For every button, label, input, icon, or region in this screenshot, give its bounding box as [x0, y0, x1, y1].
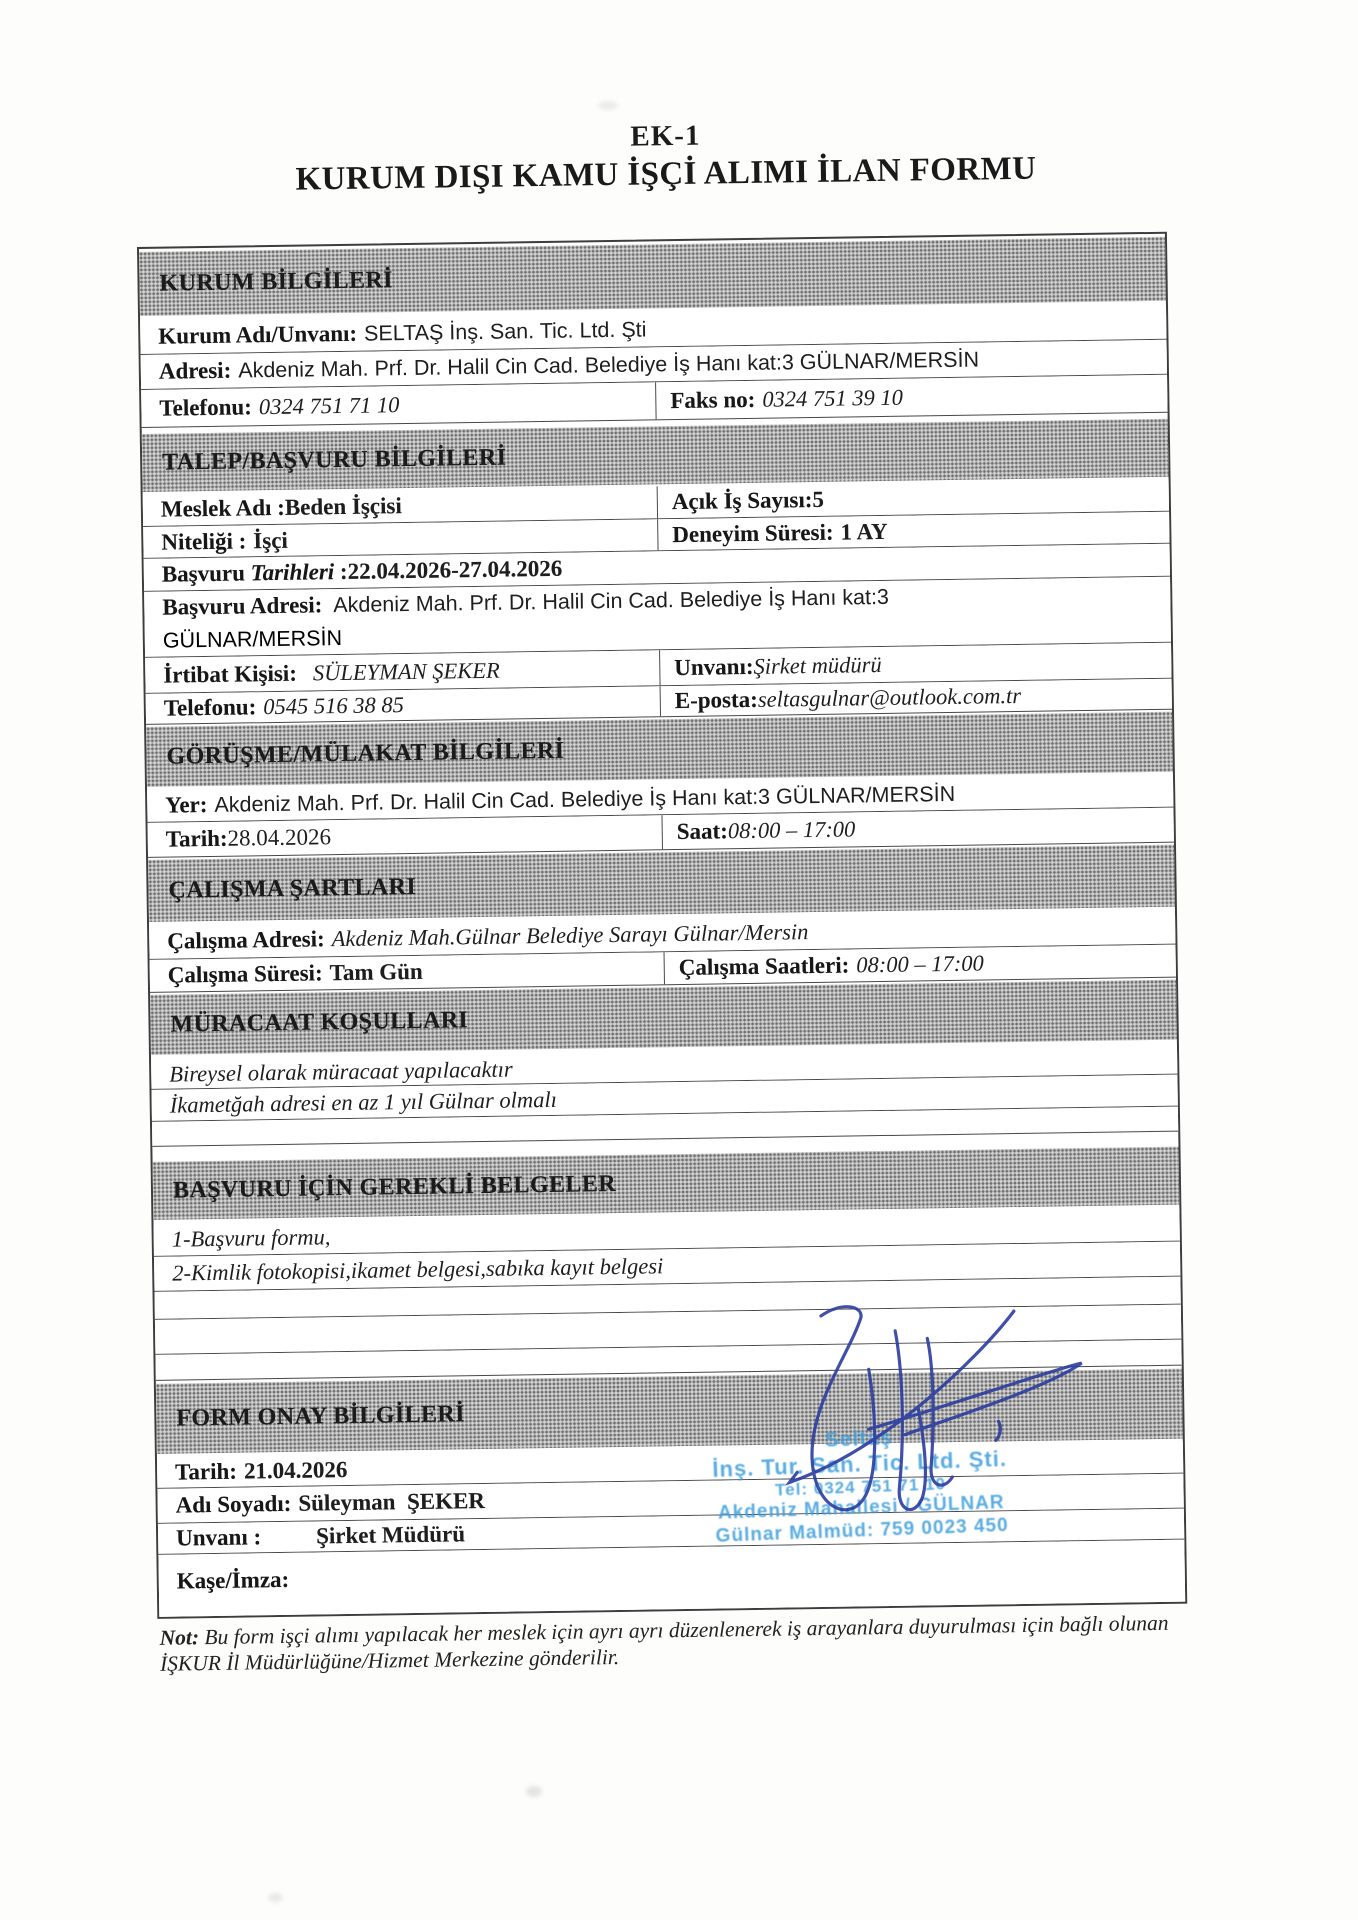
scan-artifact: [526, 1786, 542, 1797]
yer-label: Yer:: [165, 792, 208, 819]
onay-unvan-value: Şirket Müdürü: [316, 1521, 465, 1549]
meslek-value: Beden İşçisi: [285, 493, 402, 521]
kurum-adi-label: Kurum Adı/Unvanı:: [158, 321, 357, 350]
section-title: MÜRACAAT KOŞULLARI: [170, 1007, 468, 1038]
belge-item1: 1-Başvuru formu,: [172, 1224, 331, 1252]
cell-saat: Saat: 08:00 – 17:00: [662, 808, 1173, 850]
muracaat-item2: İkametğah adresi en az 1 yıl Gülnar olma…: [170, 1086, 558, 1118]
section-title: KURUM BİLGİLERİ: [159, 267, 393, 297]
onay-unvan-label: Unvanı :: [176, 1524, 261, 1551]
telefon2-label: Telefonu:: [164, 694, 257, 721]
section-title: ÇALIŞMA ŞARTLARI: [168, 873, 416, 904]
faks-value: 0324 751 39 10: [762, 384, 903, 412]
onay-ad-label: Adı Soyadı:: [175, 1491, 291, 1519]
meslek-label: Meslek Adı :: [161, 495, 285, 523]
section-title: FORM ONAY BİLGİLERİ: [176, 1401, 465, 1432]
sure-label: Çalışma Süresi:: [168, 960, 323, 988]
basvuru-adres-label: Başvuru Adresi:: [162, 592, 322, 619]
deneyim-label: Deneyim Süresi:: [672, 519, 834, 547]
unvan-label: Unvanı:: [674, 653, 754, 680]
calisma-saat-value: 08:00 – 17:00: [856, 951, 984, 979]
calisma-saat-label: Çalışma Saatleri:: [679, 953, 850, 982]
acik-is-value: 5: [812, 487, 824, 513]
cell-tarih: Tarih: 28.04.2026: [148, 815, 663, 857]
unvan-value: Şirket müdürü: [753, 652, 881, 680]
belge-item2: 2-Kimlik fotokopisi,ikamet belgesi,sabık…: [172, 1253, 663, 1286]
nitelik-label: Niteliği :: [161, 528, 246, 555]
calisma-adres-label: Çalışma Adresi:: [167, 926, 325, 954]
basvuru-tarih-label: Başvuru: [162, 560, 251, 587]
basvuru-adres-line2: GÜLNAR/MERSİN: [163, 623, 343, 657]
scan-artifact: [268, 1893, 283, 1902]
cell-telefon: Telefonu: 0324 751 71 10: [141, 382, 656, 427]
adres-label: Adresi:: [159, 358, 232, 385]
saat-label: Saat:: [677, 818, 729, 845]
section-title: GÖRÜŞME/MÜLAKAT BİLGİLERİ: [166, 737, 564, 770]
calisma-adres-value: Akdeniz Mah.Gülnar Belediye Sarayı Gülna…: [331, 919, 808, 952]
onay-tarih-value: 21.04.2026: [244, 1457, 348, 1485]
adres-value: Akdeniz Mah. Prf. Dr. Halil Cin Cad. Bel…: [238, 347, 979, 383]
muracaat-item1: Bireysel olarak müracaat yapılacaktır: [169, 1056, 513, 1087]
section-header-belgeler: BAŞVURU İÇİN GEREKLİ BELGELER: [153, 1147, 1180, 1220]
telefon-value: 0324 751 71 10: [259, 392, 400, 420]
cell-telefon2: Telefonu: 0545 516 38 85: [146, 686, 661, 724]
basvuru-adres-value: Akdeniz Mah. Prf. Dr. Halil Cin Cad. Bel…: [333, 585, 889, 617]
cell-faks: Faks no: 0324 751 39 10: [656, 375, 1167, 420]
basvuru-tarih-label-italic: Tarihleri: [251, 559, 341, 586]
onay-tarih-label: Tarih:: [175, 1458, 237, 1485]
sure-value: Tam Gün: [329, 959, 423, 986]
section-title: TALEP/BAŞVURU BİLGİLERİ: [162, 444, 507, 476]
cell-calisma-saat: Çalışma Saatleri: 08:00 – 17:00: [665, 945, 1176, 985]
faks-label: Faks no:: [670, 386, 755, 413]
onay-ad-value: Süleyman ŞEKER: [298, 1488, 485, 1517]
signature-scribble: [750, 1278, 1104, 1533]
footnote-text: Bu form işçi alımı yapılacak her meslek …: [160, 1611, 1169, 1676]
eposta-value: seltasgulnar@outlook.com.tr: [758, 683, 1022, 713]
deneyim-value: 1 AY: [840, 518, 887, 545]
tarih-label: Tarih:: [166, 826, 228, 853]
kase-label: Kaşe/İmza:: [177, 1567, 290, 1595]
cell-sure: Çalışma Süresi: Tam Gün: [150, 952, 665, 992]
acik-is-label: Açık İş Sayısı:: [672, 487, 813, 515]
section-header-gorusme: GÖRÜŞME/MÜLAKAT BİLGİLERİ: [146, 712, 1173, 787]
section-title: BAŞVURU İÇİN GEREKLİ BELGELER: [173, 1170, 616, 1204]
basvuru-tarih-value: :22.04.2026-27.04.2026: [340, 556, 563, 585]
scan-tilt-wrapper: EK-1 KURUM DIŞI KAMU İŞÇİ ALIMI İLAN FOR…: [0, 0, 1358, 1920]
cell-eposta: E-posta: seltasgulnar@outlook.com.tr: [661, 679, 1172, 717]
kurum-adi-value: SELTAŞ İnş. San. Tic. Ltd. Şti: [364, 317, 647, 346]
scanned-page: EK-1 KURUM DIŞI KAMU İŞÇİ ALIMI İLAN FOR…: [0, 0, 1358, 1920]
telefon-label: Telefonu:: [159, 394, 252, 421]
irtibat-value: SÜLEYMAN ŞEKER: [313, 657, 500, 686]
footnote-not-label: Not:: [159, 1625, 199, 1650]
telefon2-value: 0545 516 38 85: [263, 692, 404, 720]
irtibat-label: İrtibat Kişisi:: [163, 660, 297, 688]
tarih-value: 28.04.2026: [227, 824, 331, 852]
scan-artifact: [598, 101, 618, 110]
saat-value: 08:00 – 17:00: [728, 816, 856, 844]
section-header-muracaat: MÜRACAAT KOŞULLARI: [150, 980, 1177, 1055]
footnote: Not: Bu form işçi alımı yapılacak her me…: [159, 1609, 1228, 1677]
section-header-kurum: KURUM BİLGİLERİ: [139, 237, 1166, 316]
eposta-label: E-posta:: [675, 687, 758, 714]
nitelik-value: İşçi: [253, 527, 288, 554]
